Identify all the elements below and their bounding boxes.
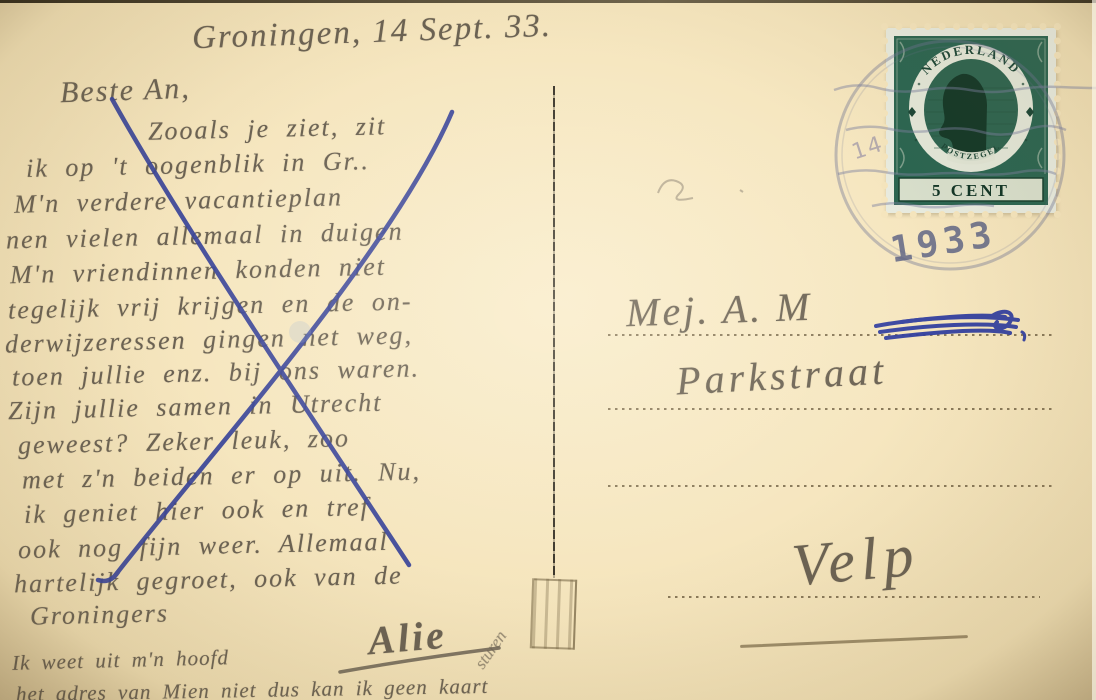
message-line: hartelijk gegroet, ook van de <box>14 561 403 600</box>
message-line: derwijzeressen gingen net weg, <box>5 320 414 359</box>
card-top-edge <box>0 0 1096 3</box>
message-line: toen jullie enz. bij ons waren. <box>12 353 421 392</box>
postmark-day-mark: 14 <box>849 132 887 166</box>
town-underline <box>740 635 968 648</box>
message-line: tegelijk vrij krijgen en de on- <box>8 286 413 325</box>
message-line: nen vielen allemaal in duigen <box>6 216 404 255</box>
stamp-denomination-text: 5 CENT <box>932 181 1010 200</box>
printer-emblem <box>530 578 577 650</box>
message-line: met z'n beiden er op uit. Nu, <box>22 456 422 495</box>
address-street: Parkstraat <box>675 347 888 405</box>
address-divider-line <box>553 86 555 578</box>
message-line: ik op 't oogenblik in Gr.. <box>26 146 370 184</box>
message-line: Groningers <box>30 598 170 631</box>
postmark-year: 1933 <box>887 214 999 271</box>
card-right-edge <box>1092 0 1096 700</box>
message-line: geweest? Zeker leuk, zoo <box>18 423 351 461</box>
message-line: Zijn jullie samen in Utrecht <box>8 388 383 426</box>
salutation: Beste An, <box>59 72 191 111</box>
address-town: Velp <box>789 521 922 601</box>
address-dotted-line <box>608 408 1052 410</box>
postscript-line: Ik weet uit m'n hoofd <box>12 645 230 676</box>
message-line: Zooals je ziet, zit <box>148 111 387 146</box>
signature: Alie <box>366 611 448 665</box>
diagonal-scribble: sturen <box>471 627 511 673</box>
postcard-back: Groningen, 14 Sept. 33. Beste An, Zooals… <box>0 0 1096 700</box>
message-line: ik geniet hier ook en tref <box>24 492 370 530</box>
message-line: ook nog fijn weer. Allemaal <box>18 527 389 565</box>
postage-stamp: NEDERLAND POSTZEGEL 5 CENT <box>886 28 1056 213</box>
message-line: M'n vriendinnen konden niet <box>10 252 387 291</box>
stamp-artwork: NEDERLAND POSTZEGEL 5 CENT <box>886 28 1056 213</box>
address-dotted-line <box>608 485 1052 487</box>
faint-pencil-scribble <box>658 180 743 200</box>
address-recipient: Mej. A. M <box>625 283 813 336</box>
postscript-line: het adres van Mien niet dus kan ik geen … <box>16 674 489 700</box>
dateline: Groningen, 14 Sept. 33. <box>191 8 552 58</box>
address-dotted-line <box>668 596 1040 598</box>
message-line: M'n verdere vacantieplan <box>14 182 344 219</box>
